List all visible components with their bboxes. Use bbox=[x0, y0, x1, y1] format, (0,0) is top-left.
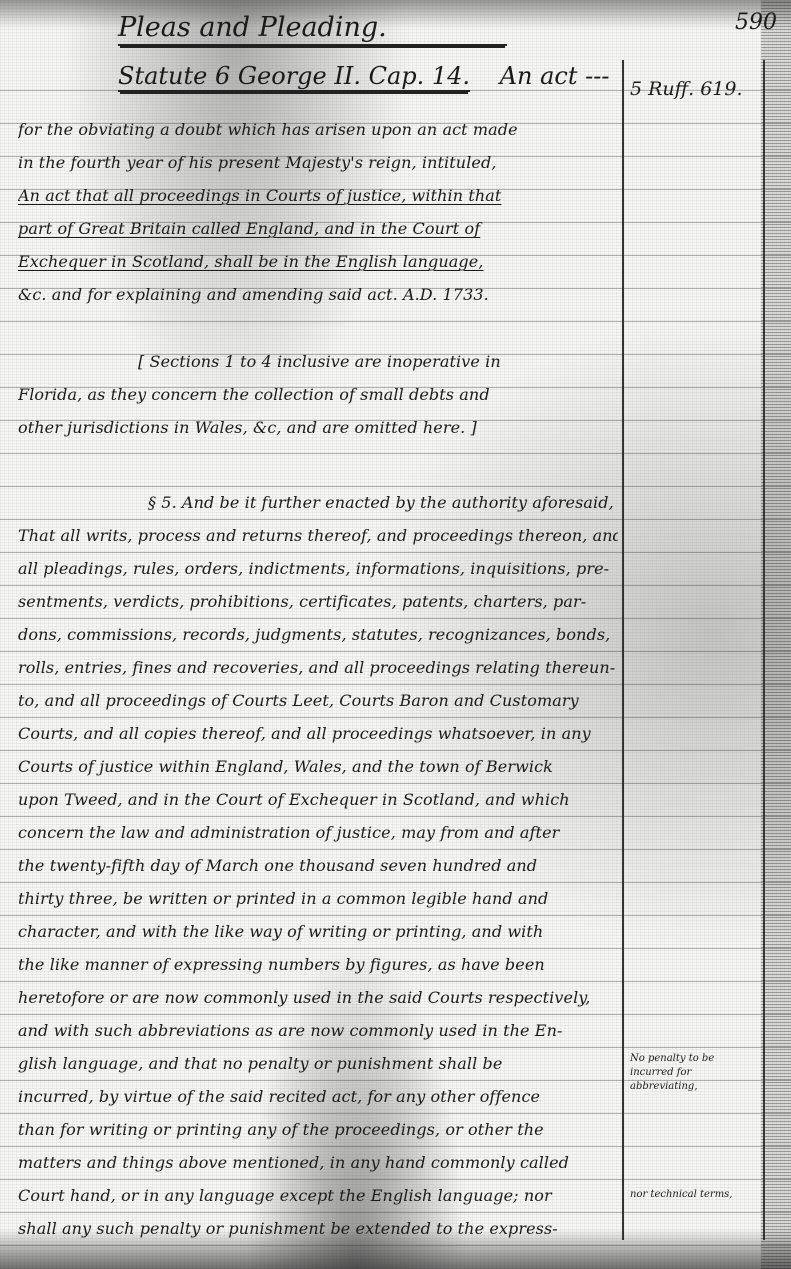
page-number: 590 bbox=[735, 10, 777, 35]
preamble-line: part of Great Britain called England, an… bbox=[18, 212, 618, 245]
section-line: Courts, and all copies thereof, and all … bbox=[18, 717, 618, 750]
statute-continuation: An act --- bbox=[500, 62, 610, 90]
preamble-line: in the fourth year of his present Majest… bbox=[18, 146, 618, 179]
statute-heading: Statute 6 George II. Cap. 14. An act --- bbox=[118, 62, 609, 90]
section-line: and with such abbreviations as are now c… bbox=[18, 1014, 618, 1047]
section-line: Court hand, or in any language except th… bbox=[18, 1179, 618, 1212]
editorial-note: [ Sections 1 to 4 inclusive are inoperat… bbox=[18, 345, 618, 444]
section-line: glish language, and that no penalty or p… bbox=[18, 1047, 618, 1080]
section-line: dons, commissions, records, judgments, s… bbox=[18, 618, 618, 651]
editorial-note-line: [ Sections 1 to 4 inclusive are inoperat… bbox=[18, 345, 618, 378]
editorial-note-line: Florida, as they concern the collection … bbox=[18, 378, 618, 411]
page-heading: Pleas and Pleading. bbox=[118, 12, 507, 46]
section-line: heretofore or are now commonly used in t… bbox=[18, 981, 618, 1014]
section-5: § 5. And be it further enacted by the au… bbox=[18, 486, 618, 1245]
section-line: character, and with the like way of writ… bbox=[18, 915, 618, 948]
section-line: upon Tweed, and in the Court of Excheque… bbox=[18, 783, 618, 816]
margin-note-technical-terms: nor technical terms, bbox=[630, 1188, 760, 1202]
section-line: Courts of justice within England, Wales,… bbox=[18, 750, 618, 783]
section-line: thirty three, be written or printed in a… bbox=[18, 882, 618, 915]
section-line: incurred, by virtue of the said recited … bbox=[18, 1080, 618, 1113]
section-line: the like manner of expressing numbers by… bbox=[18, 948, 618, 981]
preamble-line: An act that all proceedings in Courts of… bbox=[18, 179, 618, 212]
section-line: matters and things above mentioned, in a… bbox=[18, 1146, 618, 1179]
section-line: to, and all proceedings of Courts Leet, … bbox=[18, 684, 618, 717]
section-line: the twenty-fifth day of March one thousa… bbox=[18, 849, 618, 882]
margin-reference: 5 Ruff. 619. bbox=[630, 78, 743, 100]
margin-note-abbreviations: No penalty to be incurred for abbreviati… bbox=[630, 1052, 760, 1094]
scan-shadow-right bbox=[761, 0, 791, 1269]
section-line: shall any such penalty or punishment be … bbox=[18, 1212, 618, 1245]
section-line: rolls, entries, fines and recoveries, an… bbox=[18, 651, 618, 684]
section-line: § 5. And be it further enacted by the au… bbox=[18, 486, 618, 519]
preamble-line: for the obviating a doubt which has aris… bbox=[18, 113, 618, 146]
statute-title: Statute 6 George II. Cap. 14. bbox=[118, 62, 470, 92]
margin-rule-left bbox=[622, 60, 624, 1240]
editorial-note-line: other jurisdictions in Wales, &c, and ar… bbox=[18, 411, 618, 444]
preamble-line: Exchequer in Scotland, shall be in the E… bbox=[18, 245, 618, 278]
preamble: for the obviating a doubt which has aris… bbox=[18, 113, 618, 311]
section-line: than for writing or printing any of the … bbox=[18, 1113, 618, 1146]
section-line: all pleadings, rules, orders, indictment… bbox=[18, 552, 618, 585]
section-line: concern the law and administration of ju… bbox=[18, 816, 618, 849]
section-line: sentments, verdicts, prohibitions, certi… bbox=[18, 585, 618, 618]
section-line: That all writs, process and returns ther… bbox=[18, 519, 618, 552]
document-page: 590 Pleas and Pleading. Statute 6 George… bbox=[0, 0, 791, 1269]
preamble-line: &c. and for explaining and amending said… bbox=[18, 278, 618, 311]
